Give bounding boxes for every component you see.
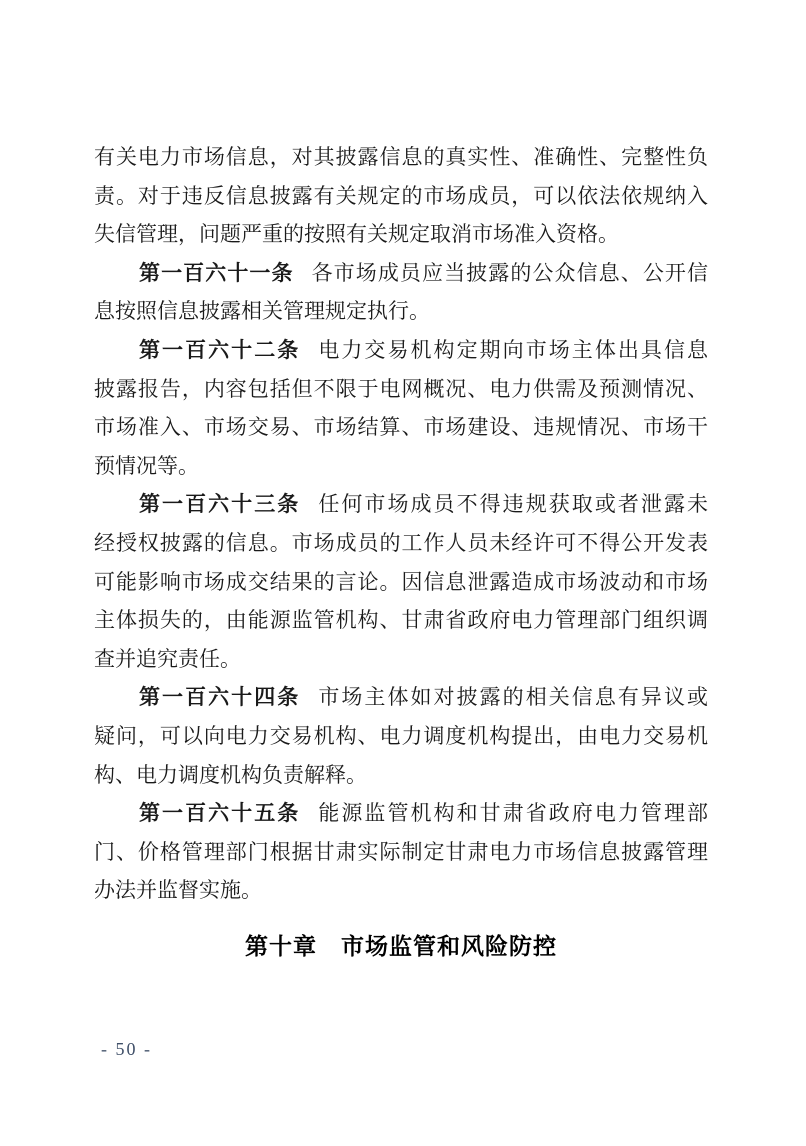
document-body: 有关电力市场信息，对其披露信息的真实性、准确性、完整性负责。对于违反信息披露有关… bbox=[94, 138, 708, 965]
text-line: 查并追究责任。 bbox=[94, 640, 708, 679]
article-number: 第一百六十四条 bbox=[139, 685, 300, 709]
text-line: 披露报告，内容包括但不限于电网概况、电力供需及预测情况、 bbox=[94, 370, 708, 409]
text-line: 责。对于违反信息披露有关规定的市场成员，可以依法依规纳入 bbox=[94, 177, 708, 216]
text-line: 经授权披露的信息。市场成员的工作人员未经许可不得公开发表 bbox=[94, 524, 708, 563]
text-line: 第一百六十二条电力交易机构定期向市场主体出具信息 bbox=[94, 331, 708, 370]
text-line: 市场准入、市场交易、市场结算、市场建设、违规情况、市场干 bbox=[94, 408, 708, 447]
text-line: 第一百六十三条任何市场成员不得违规获取或者泄露未 bbox=[94, 485, 708, 524]
page: 有关电力市场信息，对其披露信息的真实性、准确性、完整性负责。对于违反信息披露有关… bbox=[0, 0, 806, 1146]
text-line: 息按照信息披露相关管理规定执行。 bbox=[94, 292, 708, 331]
article-number: 第一百六十五条 bbox=[139, 801, 300, 825]
page-number: - 50 - bbox=[101, 1038, 152, 1060]
text-line: 疑问，可以向电力交易机构、电力调度机构提出，由电力交易机 bbox=[94, 717, 708, 756]
text-line: 主体损失的，由能源监管机构、甘肃省政府电力管理部门组织调 bbox=[94, 601, 708, 640]
text-line: 第一百六十四条市场主体如对披露的相关信息有异议或 bbox=[94, 678, 708, 717]
article-number: 第一百六十一条 bbox=[139, 261, 294, 285]
text-line: 第一百六十一条各市场成员应当披露的公众信息、公开信 bbox=[94, 254, 708, 293]
article-number: 第一百六十二条 bbox=[139, 338, 300, 362]
text-line: 第一百六十五条能源监管机构和甘肃省政府电力管理部 bbox=[94, 794, 708, 833]
chapter-heading: 第十章 市场监管和风险防控 bbox=[94, 927, 708, 966]
text-line: 办法并监督实施。 bbox=[94, 871, 708, 910]
text-line: 有关电力市场信息，对其披露信息的真实性、准确性、完整性负 bbox=[94, 138, 708, 177]
article-number: 第一百六十三条 bbox=[139, 492, 300, 516]
text-line: 预情况等。 bbox=[94, 447, 708, 486]
text-line: 可能影响市场成交结果的言论。因信息泄露造成市场波动和市场 bbox=[94, 563, 708, 602]
text-line: 失信管理，问题严重的按照有关规定取消市场准入资格。 bbox=[94, 215, 708, 254]
text-line: 构、电力调度机构负责解释。 bbox=[94, 756, 708, 795]
text-line: 门、价格管理部门根据甘肃实际制定甘肃电力市场信息披露管理 bbox=[94, 833, 708, 872]
